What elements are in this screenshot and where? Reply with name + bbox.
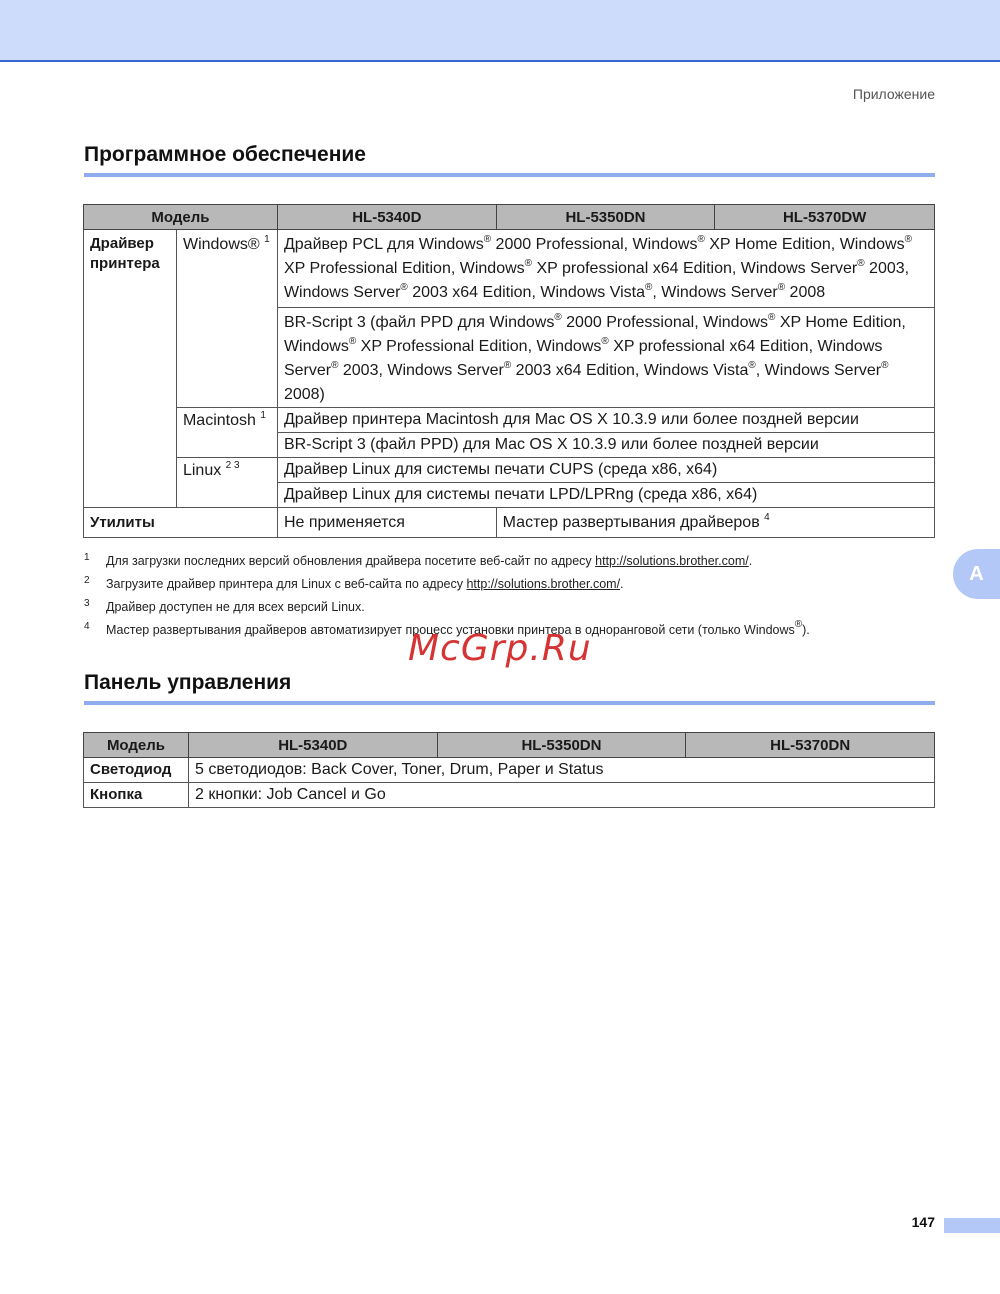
table-row: Macintosh 1 Драйвер принтера Macintosh д… bbox=[84, 408, 935, 433]
utilities-hl5340d: Не применяется bbox=[277, 508, 496, 538]
column-header: Модель bbox=[84, 733, 189, 758]
footnote-text: Для загрузки последних версий обновления… bbox=[106, 554, 752, 568]
watermark: McGrp.Ru bbox=[408, 628, 592, 669]
os-cell-windows: Windows® 1 bbox=[176, 230, 277, 408]
footnote-link[interactable]: http://solutions.brother.com/ bbox=[466, 577, 620, 591]
row-value-led: 5 светодиодов: Back Cover, Toner, Drum, … bbox=[188, 758, 934, 783]
driver-cell: BR-Script 3 (файл PPD для Windows® 2000 … bbox=[277, 308, 934, 408]
row-value-button: 2 кнопки: Job Cancel и Go bbox=[188, 783, 934, 808]
page-number-bar bbox=[944, 1218, 1000, 1233]
row-label-led: Светодиод bbox=[84, 758, 189, 783]
driver-cell: Драйвер PCL для Windows® 2000 Profession… bbox=[277, 230, 934, 308]
footnote-ref: 1 bbox=[260, 410, 266, 421]
os-label: Macintosh bbox=[183, 412, 256, 429]
header-rule bbox=[0, 60, 1000, 62]
driver-cell: Драйвер Linux для системы печати LPD/LPR… bbox=[277, 483, 934, 508]
driver-cell: Драйвер принтера Macintosh для Mac OS X … bbox=[277, 408, 934, 433]
appendix-side-tab[interactable]: A bbox=[953, 549, 1000, 599]
footnote-text: Загрузите драйвер принтера для Linux с в… bbox=[106, 577, 624, 591]
os-cell-macintosh: Macintosh 1 bbox=[176, 408, 277, 458]
table-row: Утилиты Не применяется Мастер развертыва… bbox=[84, 508, 935, 538]
footnote: 2 Загрузите драйвер принтера для Linux с… bbox=[84, 577, 944, 600]
footnote-body: Загрузите драйвер принтера для Linux с в… bbox=[106, 577, 466, 591]
table-header-row: Модель HL-5340D HL-5350DN HL-5370DN bbox=[84, 733, 935, 758]
column-header: HL-5370DN bbox=[686, 733, 935, 758]
row-label-button: Кнопка bbox=[84, 783, 189, 808]
page-number: 147 bbox=[912, 1214, 935, 1230]
column-header: HL-5350DN bbox=[437, 733, 686, 758]
footnote-number: 3 bbox=[84, 598, 90, 609]
os-cell-linux: Linux 2 3 bbox=[176, 458, 277, 508]
section-title-control-panel: Панель управления bbox=[84, 671, 291, 695]
column-header: Модель bbox=[84, 205, 278, 230]
table-row: Кнопка 2 кнопки: Job Cancel и Go bbox=[84, 783, 935, 808]
footnote-body: Для загрузки последних версий обновления… bbox=[106, 554, 595, 568]
utility-name: Мастер развертывания драйверов bbox=[503, 514, 760, 531]
table-header-row: Модель HL-5340D HL-5350DN HL-5370DW bbox=[84, 205, 935, 230]
footnote-number: 2 bbox=[84, 575, 90, 586]
row-label-utilities: Утилиты bbox=[84, 508, 278, 538]
running-head: Приложение bbox=[853, 86, 935, 102]
header-band bbox=[0, 0, 1000, 60]
footnote-text: Драйвер доступен не для всех версий Linu… bbox=[106, 600, 365, 614]
footnote-ref: 4 bbox=[764, 512, 770, 523]
column-header: HL-5370DW bbox=[715, 205, 935, 230]
driver-cell: Драйвер Linux для системы печати CUPS (с… bbox=[277, 458, 934, 483]
row-label-printer-driver: Драйвер принтера bbox=[84, 230, 177, 508]
table-row: Linux 2 3 Драйвер Linux для системы печа… bbox=[84, 458, 935, 483]
footnote-tail: . bbox=[749, 554, 752, 568]
section-title-software: Программное обеспечение bbox=[84, 143, 366, 167]
footnote-tail: . bbox=[620, 577, 623, 591]
os-label: Windows® bbox=[183, 236, 260, 253]
section-rule bbox=[84, 701, 935, 705]
os-label: Linux bbox=[183, 462, 221, 479]
footnote-number: 1 bbox=[84, 552, 90, 563]
footnote: 3 Драйвер доступен не для всех версий Li… bbox=[84, 600, 944, 623]
driver-cell: BR-Script 3 (файл PPD) для Mac OS X 10.3… bbox=[277, 433, 934, 458]
footnote-link[interactable]: http://solutions.brother.com/ bbox=[595, 554, 749, 568]
control-panel-table: Модель HL-5340D HL-5350DN HL-5370DN Свет… bbox=[83, 732, 935, 808]
utilities-other-models: Мастер развертывания драйверов 4 bbox=[496, 508, 934, 538]
column-header: HL-5350DN bbox=[496, 205, 715, 230]
footnote-ref: 2 3 bbox=[226, 460, 240, 471]
software-table: Модель HL-5340D HL-5350DN HL-5370DW Драй… bbox=[83, 204, 935, 538]
footnote-ref: 1 bbox=[264, 234, 270, 245]
column-header: HL-5340D bbox=[188, 733, 437, 758]
footnote-number: 4 bbox=[84, 621, 90, 632]
column-header: HL-5340D bbox=[277, 205, 496, 230]
table-row: Драйвер принтера Windows® 1 Драйвер PCL … bbox=[84, 230, 935, 308]
footnote: 1 Для загрузки последних версий обновлен… bbox=[84, 554, 944, 577]
section-rule bbox=[84, 173, 935, 177]
table-row: Светодиод 5 светодиодов: Back Cover, Ton… bbox=[84, 758, 935, 783]
